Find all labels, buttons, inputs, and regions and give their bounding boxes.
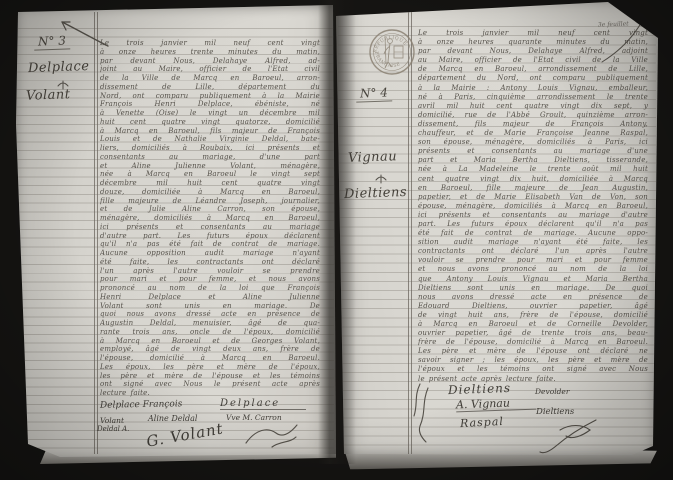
- act-line: employé, âgé de vingt deux ans, frère de: [100, 345, 320, 354]
- act-line: sition audit mariage n'ayant été faite, …: [418, 238, 648, 247]
- signature-flourish-left: [242, 421, 300, 451]
- act-line: d'autre part. Les futurs époux déclarent: [100, 232, 320, 241]
- signature-a-vignau: A. Vignau: [456, 396, 536, 413]
- margin-bride-name-right: Dieltiens: [344, 185, 408, 202]
- signature-delplace-francois: Delplace François: [100, 399, 182, 410]
- act-line: Edouard Dieltiens, ouvrier papetier, âgé: [418, 302, 648, 311]
- act-line: Louis et de Nathalie Virginie Deldal, ba…: [100, 135, 320, 144]
- act-line: les père et mère de l'épouse et les témo…: [100, 372, 320, 381]
- act-line: Dieltiens sont unis en mariage. De quoi: [418, 284, 648, 293]
- act-line: Nord, ont comparu publiquement à la Mair…: [100, 92, 320, 101]
- act-line: part. Les futurs époux déclarent qu'il n…: [418, 220, 648, 229]
- name-tie-mark: [374, 174, 388, 184]
- act-line: savoir signer ; les époux, les père et m…: [418, 356, 648, 365]
- act-line: son épouse, ménagère, domiciliés à Paris…: [418, 138, 648, 147]
- margin-groom-name-left: Delplace: [28, 59, 90, 76]
- corner-pen-flourish: [584, 2, 656, 68]
- stamp-legend-bottom: FRANÇAISE: [373, 51, 402, 69]
- act-line: liers, domiciliés à Roubaix, ici présent…: [100, 144, 320, 153]
- pen-arrow-mark: [52, 12, 114, 50]
- act-line: et Aline Julienne Volant, ménagère,: [100, 162, 320, 171]
- act-line: joint au Maire, officier de l'État civil: [100, 65, 320, 74]
- margin-rule-left-1: [94, 12, 95, 454]
- act-line: Le trois janvier mil neuf cent vingt: [100, 39, 320, 48]
- act-line: à Marcq en Baroeul, fils majeur de Franç…: [100, 127, 320, 136]
- act-line: ménagère, domiciliés à Marcq en Baroeul,: [100, 214, 320, 223]
- signature-aline-deldal: Aline Deldal: [148, 414, 197, 423]
- act-line: à la Mairie : Antony Louis Vignau, embal…: [418, 84, 648, 93]
- officer-paraphe-marks: [410, 382, 440, 446]
- act-line: Les père et mère de l'épouse ont déclaré…: [418, 347, 648, 356]
- act-line: que Antony Louis Vignau et Maria Bertha: [418, 275, 648, 284]
- act-line: à Marcq en Baroeul et de Georges Volant,: [100, 337, 320, 346]
- act-line: né à Paris, cinquième arrondissement le …: [418, 93, 648, 102]
- act-line: née à La Madeleine le trente août mil hu…: [418, 165, 648, 174]
- act-line: à Venette (Oise) le vingt un décembre mi…: [100, 109, 320, 118]
- act-line: épouse, ménagère, domiciliés à Marcq en …: [418, 202, 648, 211]
- signature-deldal-a: Deldal A.: [97, 425, 129, 433]
- right-page: 3e feuillet RÉPUBLIQUE FRANÇAISE N° 4: [336, 2, 658, 458]
- act-line: avril mil huit cent quatre vingt dix sep…: [418, 102, 648, 111]
- act-line: été faite, les contractants ont déclaré: [100, 258, 320, 267]
- act-line: née à Marcq en Baroeul le vingt sept: [100, 170, 320, 179]
- signature-volant-a: Volant: [100, 416, 124, 425]
- act-line: présents et consentants au mariage d'une: [418, 147, 648, 156]
- act-line: Les époux, les père et mère de l'époux,: [100, 363, 320, 372]
- act-line: frère de l'épouse, domicilié à Marcq en …: [418, 338, 648, 347]
- act-line: l'épouse, domicilié à Marcq en Baroeul.: [100, 354, 320, 363]
- act-line: douze, domiciliée à Marcq en Baroeul,: [100, 188, 320, 197]
- act-line: ici présents et consentants au mariage d…: [418, 211, 648, 220]
- signature-delplace-paraphe: Delplace: [220, 398, 306, 410]
- act-line: l'un après l'autre vouloir se prendre: [100, 267, 320, 276]
- signature-raspal: Raspal: [460, 415, 504, 430]
- act-line: vouloir se prendre pour mari et pour fem…: [418, 256, 648, 265]
- act-line: département du Nord, ont comparu publiqu…: [418, 74, 648, 83]
- act-line: Volant sont unis en mariage. De: [100, 302, 320, 311]
- act-line: chauffeur, et de Marie Françoise Jeanne …: [418, 129, 648, 138]
- act-line: part et Maria Bertha Dieltiens, tisseran…: [418, 156, 648, 165]
- act-line: lecture faite.: [100, 389, 320, 398]
- act-line: dissement de Lille, département du: [100, 83, 320, 92]
- act-text-left: Le trois janvier mil neuf cent vingt à o…: [100, 39, 320, 398]
- margin-groom-name-right: Vignau: [348, 149, 398, 166]
- signature-devolder: Devolder: [535, 387, 569, 396]
- act-line: pour mari et pour femme, et nous avons: [100, 275, 320, 284]
- act-line: à onze heures trente minutes du matin,: [100, 48, 320, 57]
- act-line: huit cent quatre vingt quatorze, domicil…: [100, 118, 320, 127]
- act-line: dissement, fils majeur de François Anton…: [418, 120, 648, 129]
- act-line: en Baroeul, fille majeure de Jean August…: [418, 184, 648, 193]
- name-tie-mark: [56, 80, 70, 90]
- republique-francaise-stamp: RÉPUBLIQUE FRANÇAISE: [366, 24, 418, 80]
- act-line: Aucune opposition audit mariage n'ayant: [100, 249, 320, 258]
- act-line: François Henri Delplace, ébéniste, né: [100, 100, 320, 109]
- act-line: Henri Delplace et Aline Julienne: [100, 293, 320, 302]
- act-line: ici présents et consentants au mariage: [100, 223, 320, 232]
- act-line: l'époux et les témoins ont signé avec No…: [418, 365, 648, 374]
- act-line: prononcé au nom de la loi que François: [100, 284, 320, 293]
- signature-dieltiens-large: Dieltiens: [448, 381, 511, 397]
- act-line: ouvrier papetier, âgé de trente trois an…: [418, 329, 648, 338]
- act-line: Augustin Deldal, menuisier, âgé de qua-: [100, 319, 320, 328]
- act-line: qu'il n'a pas été fait de contrat de mar…: [100, 240, 320, 249]
- act-line: par devant Nous, Delahaye Alfred, ad-: [100, 57, 320, 66]
- left-page: N° 3 Delplace Volant Le trois janvier mi…: [14, 4, 336, 458]
- act-line: de vingt huit ans, frère de l'épouse, do…: [418, 311, 648, 320]
- act-line: consentants au mariage, d'une part: [100, 153, 320, 162]
- register-photo: N° 3 Delplace Volant Le trois janvier mi…: [0, 0, 673, 480]
- act-line: été fait de contrat de mariage. Aucune o…: [418, 229, 648, 238]
- signature-flourish-right: [536, 416, 600, 456]
- act-line: rante trois ans, oncle de l'époux, domic…: [100, 328, 320, 337]
- act-line: ont signé avec Nous le présent acte aprè…: [100, 380, 320, 389]
- act-line: quoi nous avons dressé acte en présence …: [100, 310, 320, 319]
- svg-text:FRANÇAISE: FRANÇAISE: [373, 51, 402, 69]
- act-line: domicilié, rue de l'Abbé Groult, quinziè…: [418, 111, 648, 120]
- act-text-right: Le trois janvier mil neuf cent vingt à o…: [418, 29, 648, 384]
- act-line: papetier, et de Marie Elisabeth Van de V…: [418, 193, 648, 202]
- act-line: de la Ville de Marcq en Baroeul, arron-: [100, 74, 320, 83]
- act-line: et de Julie Aline Carron, son épouse,: [100, 205, 320, 214]
- act-line: décembre mil huit cent quatre vingt: [100, 179, 320, 188]
- act-line: à Marcq en Baroeul et de Corneille Devol…: [418, 320, 648, 329]
- act-line: nous avons dressé acte en présence de: [418, 293, 648, 302]
- act-line: et nous avons prononcé au nom de la loi: [418, 265, 648, 274]
- act-line: contractants ont déclaré l'un après l'au…: [418, 247, 648, 256]
- act-number-right: N° 4: [356, 85, 392, 102]
- act-line: cent quatre vingt dix huit, domiciliée à…: [418, 175, 648, 184]
- act-line: fille majeure de Léandre Joseph, journal…: [100, 197, 320, 206]
- margin-rule-left-2: [97, 12, 98, 454]
